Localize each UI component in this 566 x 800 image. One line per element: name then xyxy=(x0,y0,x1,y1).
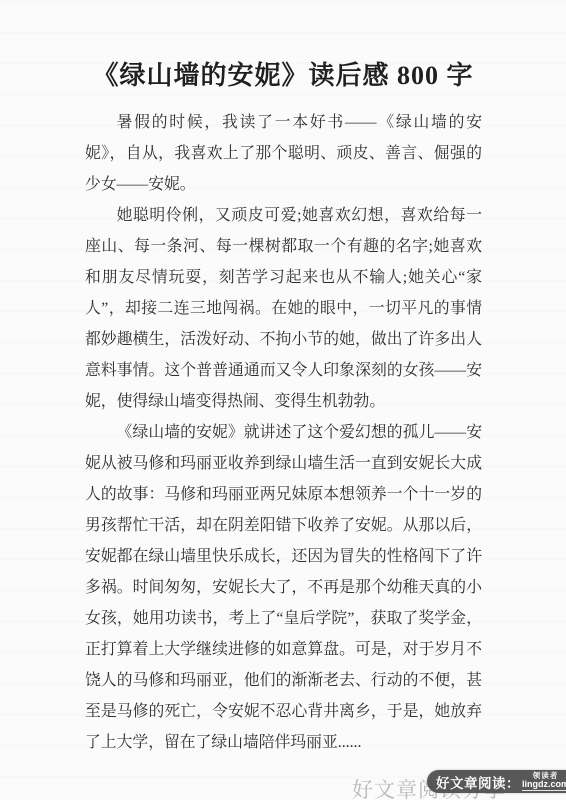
watermark-brand-name: 领读者 xyxy=(533,772,559,780)
essay-paragraph-2: 她聪明伶俐，又顽皮可爱;她喜欢幻想，喜欢给每一座山、每一条河、每一棵树都取一个有… xyxy=(85,200,482,417)
document-page: 《绿山墙的安妮》读后感 800 字 暑假的时候，我读了一本好书——《绿山墙的安妮… xyxy=(0,0,566,800)
essay-paragraph-1: 暑假的时候，我读了一本好书——《绿山墙的安妮》，自从，我喜欢上了那个聪明、顽皮、… xyxy=(85,107,482,200)
page-title: 《绿山墙的安妮》读后感 800 字 xyxy=(60,58,506,94)
watermark-badge: 好文章阅读： 领读者 lingdz.com xyxy=(427,770,566,793)
essay-paragraph-3: 《绿山墙的安妮》就讲述了这个爱幻想的孤儿——安妮从被马修和玛丽亚收养到绿山墙生活… xyxy=(85,417,482,758)
watermark-brand-stack: 领读者 lingdz.com xyxy=(522,772,566,792)
watermark-domain-text: lingdz.com xyxy=(522,780,566,791)
watermark-site-title: 好文章阅读： xyxy=(436,772,520,792)
essay-body: 暑假的时候，我读了一本好书——《绿山墙的安妮》，自从，我喜欢上了那个聪明、顽皮、… xyxy=(0,107,566,758)
